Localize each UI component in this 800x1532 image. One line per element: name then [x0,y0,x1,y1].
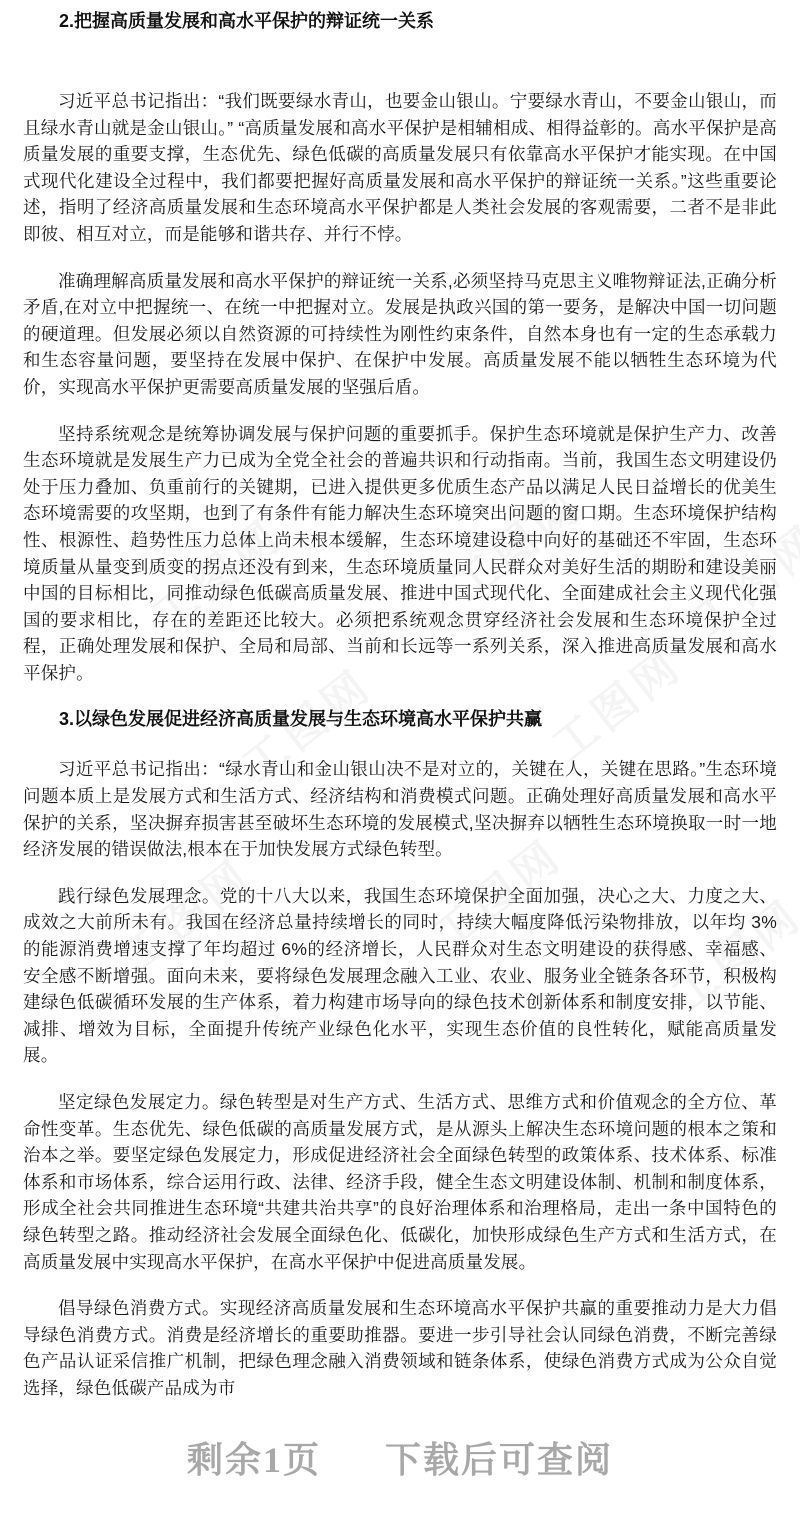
remaining-pages-label: 剩余1页 [187,1440,321,1480]
section-heading-2: 2.把握高质量发展和高水平保护的辩证统一关系 [23,8,777,34]
paragraph: 准确理解高质量发展和高水平保护的辩证统一关系,必须坚持马克思主义唯物辩证法,正确… [23,268,777,401]
section-heading-3: 3.以绿色发展促进经济高质量发展与生态环境高水平保护共赢 [23,706,777,732]
paragraph: 习近平总书记指出：“我们既要绿水青山，也要金山银山。宁要绿水青山，不要金山银山，… [23,88,777,248]
paragraph: 习近平总书记指出：“绿水青山和金山银山决不是对立的，关键在人，关键在思路。”生态… [23,756,777,862]
download-hint-label: 下载后可查阅 [385,1440,613,1480]
paragraph: 践行绿色发展理念。党的十八大以来，我国生态环境保护全面加强，决心之大、力度之大、… [23,883,777,1069]
document-content: 2.把握高质量发展和高水平保护的辩证统一关系 习近平总书记指出：“我们既要绿水青… [23,8,777,1402]
paragraph: 坚持系统观念是统筹协调发展与保护问题的重要抓手。保护生态环境就是保护生产力、改善… [23,421,777,687]
paragraph: 坚定绿色发展定力。绿色转型是对生产方式、生活方式、思维方式和价值观念的全方位、革… [23,1089,777,1275]
page-footer: 剩余1页下载后可查阅 [0,1432,800,1483]
document-page: 工图网 工图网 工图网 工图网 工图网 工图网 工图网 工图网 2.把握高质量发… [0,0,800,1532]
paragraph: 倡导绿色消费方式。实现经济高质量发展和生态环境高水平保护共赢的重要推动力是大力倡… [23,1295,777,1401]
